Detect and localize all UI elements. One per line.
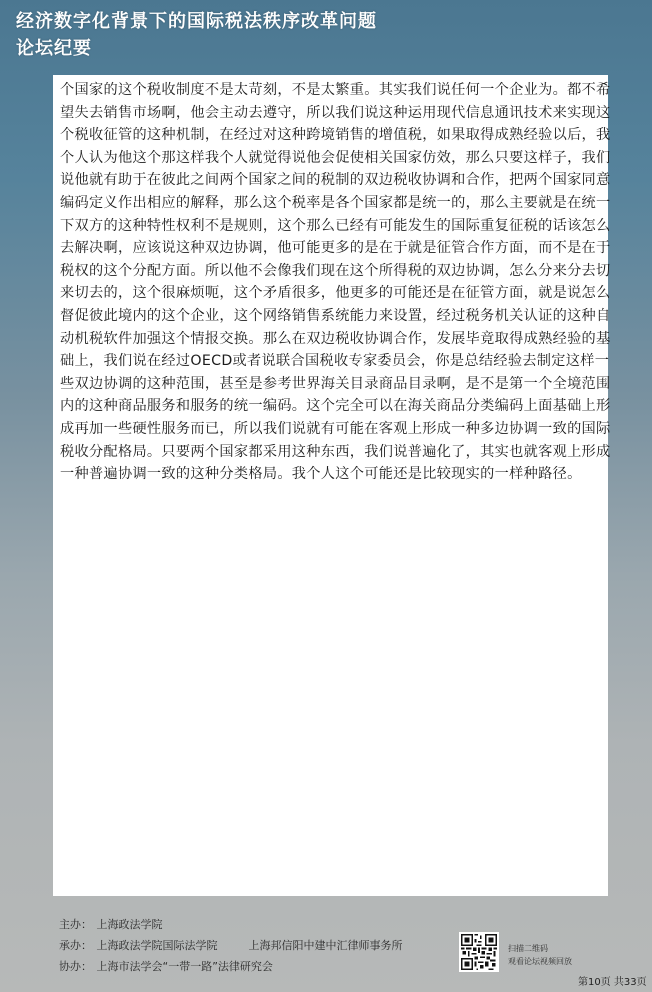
text-line: 税权的这个分配方面。所以他不会像我们现在这个所得税的双边协调，怎么分来分去切 [60,260,602,283]
text-line: 些双边协调的这种范围，甚至是参考世界海关目录商品目录啊，是不是第一个全境范围 [60,373,602,396]
text-line: 来切去的，这个很麻烦呃，这个矛盾很多，他更多的可能还是在征管方面，就是说怎么 [60,282,602,305]
text-line: 成再加一些硬性服务而已，所以我们说就有可能在客观上形成一种多边协调一致的国际 [60,418,602,441]
transcript-text: 个国家的这个税收制度不是太苛刻，不是太繁重。其实我们说任何一个企业为。都不希 望… [60,79,602,486]
host-row: 主办： 上海政法学院 [59,914,403,935]
qr-code-icon[interactable] [459,932,499,972]
content-panel: 个国家的这个税收制度不是太苛刻，不是太繁重。其实我们说任何一个企业为。都不希 望… [53,75,608,896]
title-line-2: 论坛纪要 [16,35,377,62]
text-line: 一种普遍协调一致的这种分类格局。我个人这个可能还是比较现实的一样种路径。 [60,463,602,486]
text-line: 个国家的这个税收制度不是太苛刻，不是太繁重。其实我们说任何一个企业为。都不希 [60,79,602,102]
co-organizer-value: 上海市法学会“一带一路”法律研究会 [97,960,273,973]
page-indicator: 第10页 共33页 [578,973,647,988]
text-line: 去解决啊，应该说这种双边协调，他可能更多的是在于就是征管合作方面，而不是在于 [60,237,602,260]
organizer-row: 承办： 上海政法学院国际法学院 上海邦信阳中建中汇律师事务所 [59,935,403,956]
text-line: 督促彼此境内的这个企业，这个网络销售系统能力来设置，经过税务机关认证的这种自 [60,305,602,328]
text-line: 税收分配格局。只要两个国家都采用这种东西，我们说普遍化了，其实也就客观上形成 [60,441,602,464]
title-line-1: 经济数字化背景下的国际税法秩序改革问题 [16,8,377,35]
host-label: 主办： [59,914,93,935]
organizer-value-1: 上海政法学院国际法学院 [97,939,218,952]
organizer-label: 承办： [59,935,93,956]
text-line: 个人认为他这个那这样我个人就觉得说他会促使相关国家仿效，那么只要这样子，我们 [60,147,602,170]
scan-line-1: 扫描二维码 [508,942,572,955]
document-title: 经济数字化背景下的国际税法秩序改革问题 论坛纪要 [16,8,377,62]
scan-instructions: 扫描二维码 观看论坛视频回放 [508,942,572,968]
text-line: 内的这种商品服务和服务的统一编码。这个完全可以在海关商品分类编码上面基础上形 [60,395,602,418]
text-line: 编码定义作出相应的解释，那么这个税率是各个国家都是统一的，那么主要就是在统一 [60,192,602,215]
text-line: 下双方的这种特性权利不是规则，这个那么已经有可能发生的国际重复征税的话该怎么 [60,215,602,238]
text-line: 础上，我们说在经过OECD或者说联合国税收专家委员会，你是总结经验去制定这样一 [60,350,602,373]
organizer-value-2: 上海邦信阳中建中汇律师事务所 [249,939,403,952]
co-organizer-row: 协办： 上海市法学会“一带一路”法律研究会 [59,956,403,977]
text-line: 个税收征管的这种机制，在经过对这种跨境销售的增值税，如果取得成熟经验以后，我 [60,124,602,147]
host-value: 上海政法学院 [97,918,163,931]
scan-line-2: 观看论坛视频回放 [508,955,572,968]
organizers-footer: 主办： 上海政法学院 承办： 上海政法学院国际法学院 上海邦信阳中建中汇律师事务… [59,914,403,977]
co-organizer-label: 协办： [59,956,93,977]
text-line: 望失去销售市场啊，他会主动去遵守，所以我们说这种运用现代信息通讯技术来实现这 [60,102,602,125]
text-line: 说他就有助于在彼此之间两个国家之间的税制的双边税收协调和合作，把两个国家同意 [60,169,602,192]
text-line: 动机税软件加强这个情报交换。那么在双边税收协调合作，发展毕竟取得成熟经验的基 [60,328,602,351]
